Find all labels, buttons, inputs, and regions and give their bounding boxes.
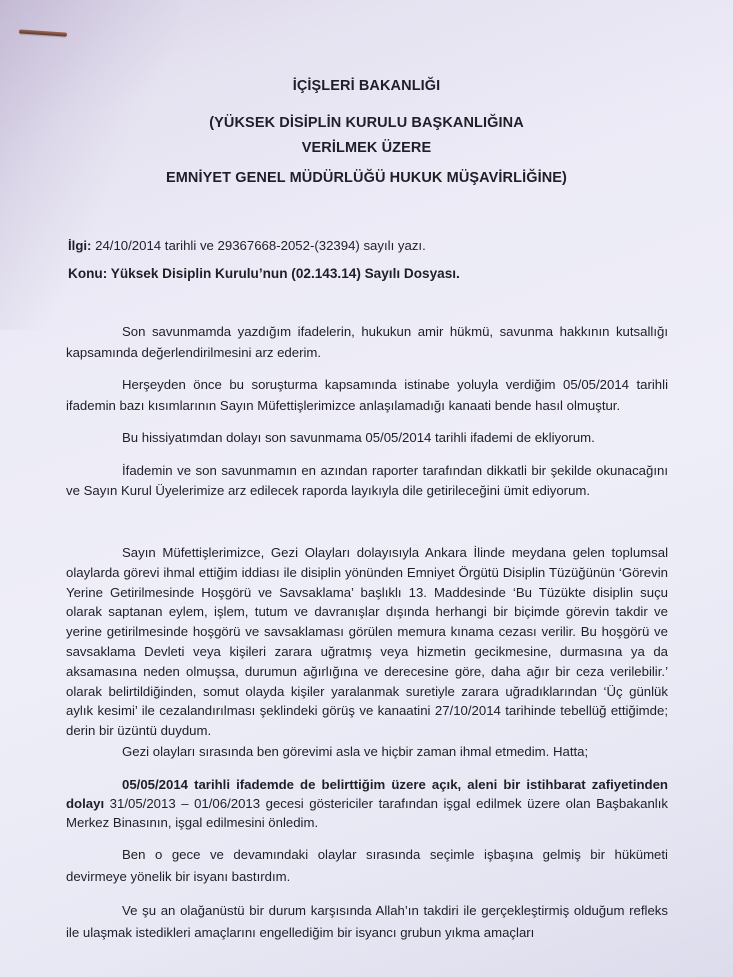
paragraph: Sayın Müfettişlerimizce, Gezi Olayları d… (66, 543, 668, 741)
paragraph: İfademin ve son savunmamın en azından ra… (66, 461, 668, 502)
document-page: İÇİŞLERİ BAKANLIĞI (YÜKSEK DİSİPLİN KURU… (0, 0, 733, 977)
paragraph: Herşeyden önce bu soruşturma kapsamında … (66, 375, 668, 416)
bold-paragraph: 05/05/2014 tarihli ifademde de belirttiğ… (66, 775, 668, 832)
paragraph: Ben o gece ve devamındaki olaylar sırası… (66, 844, 668, 888)
paragraph: Ve şu an olağanüstü bir durum karşısında… (66, 900, 668, 944)
reference-label: İlgi: (68, 238, 91, 253)
header-board: (YÜKSEK DİSİPLİN KURULU BAŞKANLIĞINA (0, 115, 733, 131)
header-given: VERİLMEK ÜZERE (0, 140, 733, 156)
header-legal-office: EMNİYET GENEL MÜDÜRLÜĞÜ HUKUK MÜŞAVİRLİĞ… (0, 170, 733, 186)
body-part-1: Son savunmamda yazdığım ifadelerin, huku… (66, 322, 668, 514)
body-part-3: Gezi olayları sırasında ben görevimi asl… (66, 742, 668, 956)
paragraph: Son savunmamda yazdığım ifadelerin, huku… (66, 322, 668, 363)
header-ministry: İÇİŞLERİ BAKANLIĞI (0, 78, 733, 94)
subject-label: Konu: (68, 266, 107, 281)
subject-line: Konu: Yüksek Disiplin Kurulu’nun (02.143… (68, 266, 460, 281)
body-part-2: Sayın Müfettişlerimizce, Gezi Olayları d… (66, 543, 668, 753)
paragraph: Bu hissiyatımdan dolayı son savunmama 05… (66, 428, 668, 449)
reference-line: İlgi: 24/10/2014 tarihli ve 29367668-205… (68, 238, 426, 253)
subject-text: Yüksek Disiplin Kurulu’nun (02.143.14) S… (107, 266, 460, 281)
bold-paragraph-text: 31/05/2013 – 01/06/2013 gecesi gösterici… (66, 796, 668, 830)
reference-text: 24/10/2014 tarihli ve 29367668-2052-(323… (91, 238, 425, 253)
paragraph: Gezi olayları sırasında ben görevimi asl… (66, 742, 668, 763)
